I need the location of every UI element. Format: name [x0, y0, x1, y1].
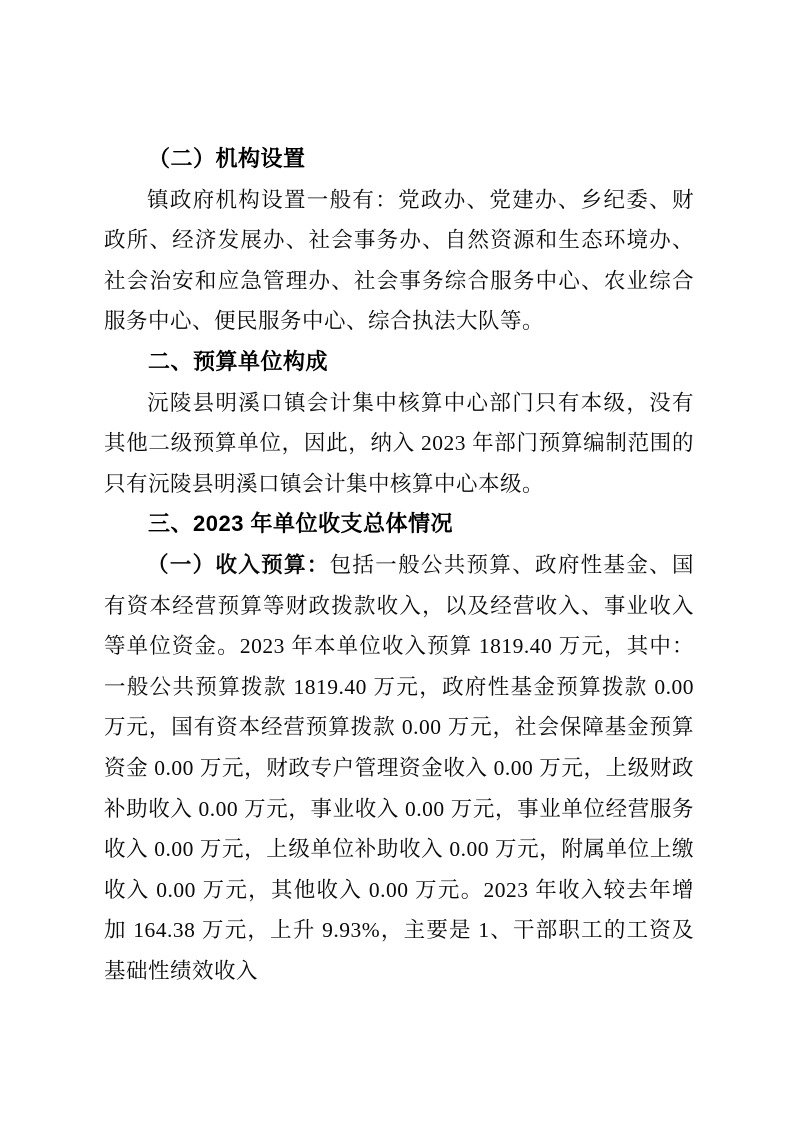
paragraph-income-budget: （一）收入预算：包括一般公共预算、政府性基金、国有资本经营预算等财政拨款收入，以…: [104, 545, 694, 992]
document-page: （二）机构设置 镇政府机构设置一般有：党政办、党建办、乡纪委、财政所、经济发展办…: [0, 0, 793, 1122]
heading-institution-setup: （二）机构设置: [104, 139, 694, 180]
income-budget-body-text: 包括一般公共预算、政府性基金、国有资本经营预算等财政拨款收入，以及经营收入、事业…: [104, 553, 694, 983]
paragraph-budget-unit-composition: 沅陵县明溪口镇会计集中核算中心部门只有本级，没有其他二级预算单位，因此，纳入 2…: [104, 383, 694, 505]
heading-2023-overall-revenue-expenditure: 三、2023 年单位收支总体情况: [104, 504, 694, 545]
income-budget-lead-label: （一）收入预算：: [147, 553, 330, 577]
paragraph-institution-setup: 镇政府机构设置一般有：党政办、党建办、乡纪委、财政所、经济发展办、社会事务办、自…: [104, 180, 694, 342]
heading-budget-unit-composition: 二、预算单位构成: [104, 342, 694, 383]
